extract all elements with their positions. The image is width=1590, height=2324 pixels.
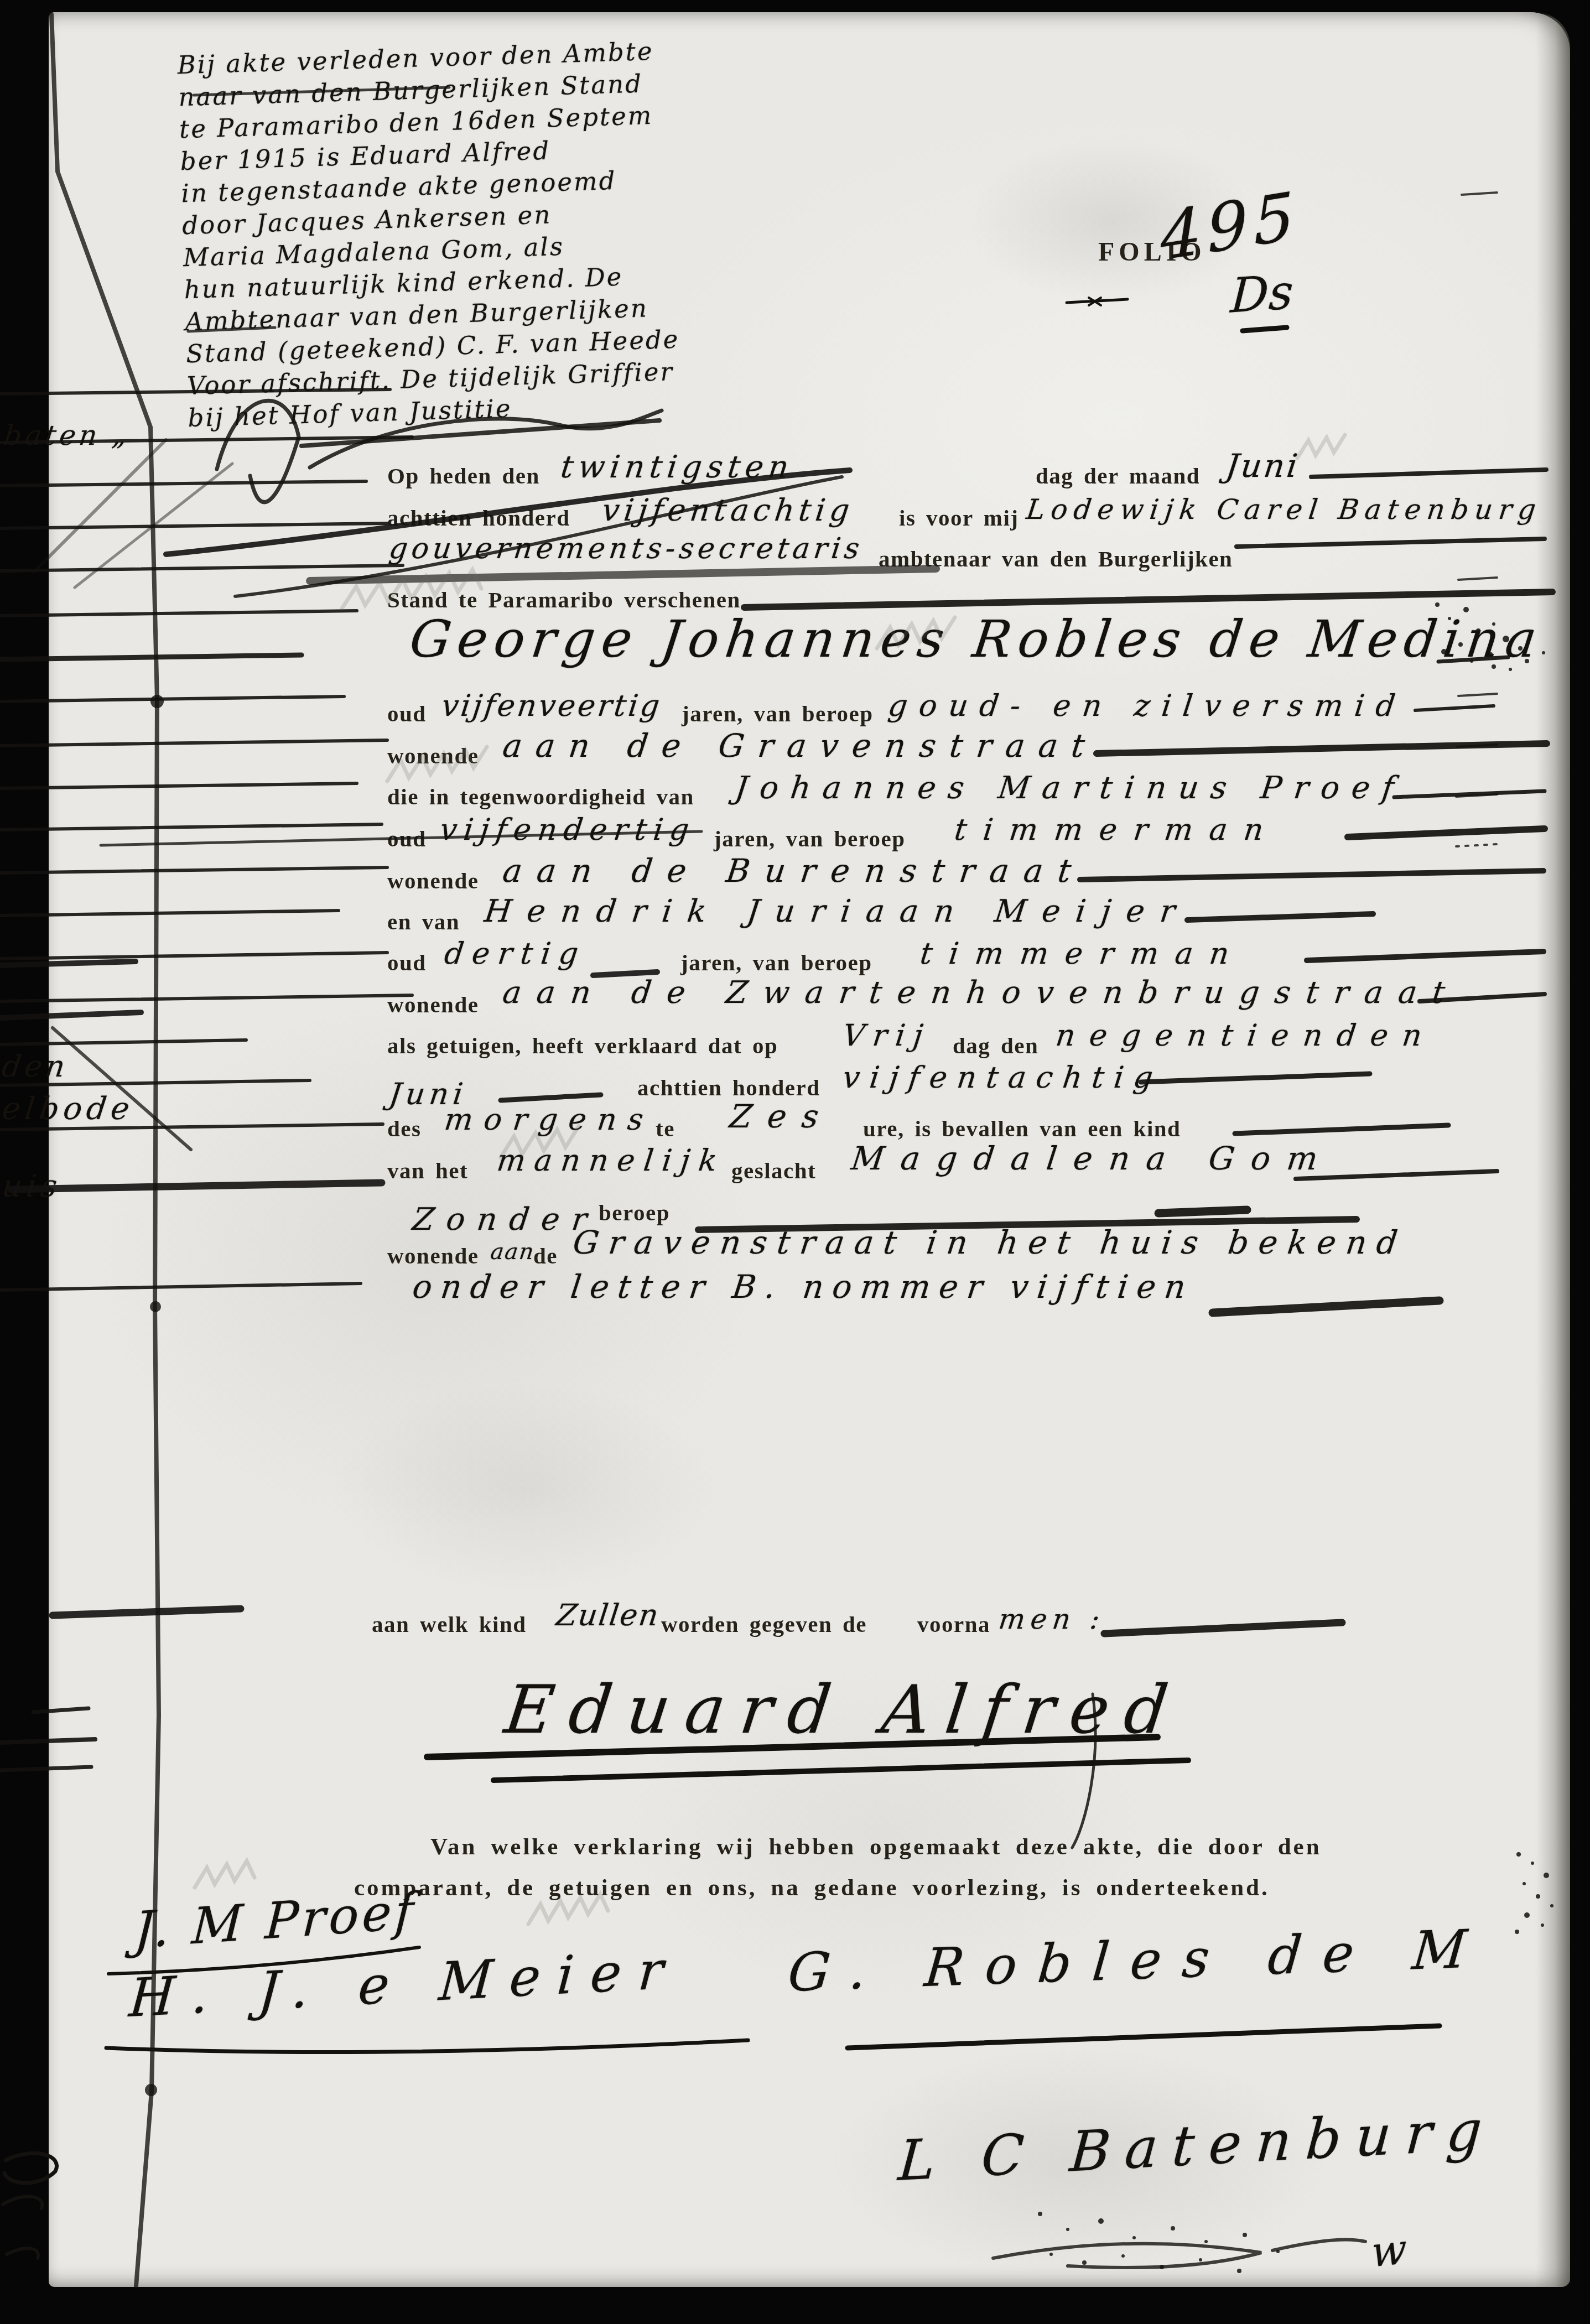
scanned-birth-certificate: Bij akte verleden voor den Ambte naar va… xyxy=(0,0,1590,2324)
act-l20-printed3: voorna xyxy=(917,1611,990,1637)
bottom-left-mark xyxy=(3,2197,42,2208)
act-l15-hand1: morgens xyxy=(443,1102,656,1137)
act-l8-hand1: vijfendertig xyxy=(438,812,698,847)
act-l19-hand1: onder letter B. nommer vijftien xyxy=(411,1268,1197,1306)
act-l3-printed1: ambtenaar van den Burgerlijken xyxy=(879,545,1233,572)
act-l15-printed3: ure, is bevallen van een kind xyxy=(863,1115,1181,1142)
act-l12-printed1: wonende xyxy=(387,991,479,1018)
act-l7-hand1: Johannes Martinus Proef xyxy=(733,770,1408,806)
act-l13-hand1: Vrij xyxy=(841,1018,933,1053)
act-l16-hand2: Magdalena Gom xyxy=(849,1140,1337,1177)
act-l5-printed1: oud xyxy=(387,700,427,727)
act-l11-printed1: oud xyxy=(387,949,427,976)
act-l5-printed2: jaren, van beroep xyxy=(682,700,874,727)
bottom-left-mark xyxy=(7,2248,38,2258)
act-l14-hand2: vijfentachtig xyxy=(841,1060,1165,1095)
act-l14-printed1: achttien honderd xyxy=(637,1074,820,1101)
act-l1-hand2: Juni xyxy=(1224,447,1302,485)
left-page-fragment: den xyxy=(0,1049,70,1084)
act-l8-printed2: jaren, van beroep xyxy=(714,825,906,852)
act-l17-hand1: Zonder xyxy=(411,1202,601,1238)
left-page-fragment: baten „ xyxy=(2,419,132,451)
act-l18-printed2: de xyxy=(533,1242,558,1269)
act-l2-hand1: vijfentachtig xyxy=(600,492,856,528)
act-l20-printed1: aan welk kind xyxy=(372,1611,527,1637)
act-l4-printed1: Stand te Paramaribo verschenen xyxy=(387,586,741,613)
act-l15-printed2: te xyxy=(656,1115,675,1142)
act-l11-hand1: dertig xyxy=(443,936,589,971)
act-l18-printed1: wonende xyxy=(387,1242,479,1269)
act-l8-hand2: timmerman xyxy=(953,812,1282,847)
act-l8-printed1: oud xyxy=(387,825,427,852)
act-l9-hand1: aan de Burenstraat xyxy=(501,852,1088,890)
folio-initials: Ds xyxy=(1229,264,1295,324)
act-l1-printed1: Op heden den xyxy=(387,462,540,489)
act-l10-hand1: Hendrik Juriaan Meijer xyxy=(482,893,1193,929)
act-l13-hand2: negentienden xyxy=(1054,1018,1438,1053)
act-l5-hand2: goud- en zilversmid xyxy=(886,688,1409,723)
act-l20-printed2: worden gegeven de xyxy=(661,1611,867,1637)
act-l18-hand1: aan xyxy=(489,1239,536,1265)
closing-line1: Van welke verklaring wij hebben opgemaak… xyxy=(430,1833,1322,1860)
act-l11-hand2: timmerman xyxy=(918,936,1248,971)
act-l6-hand1: aan de Gravenstraat xyxy=(501,727,1101,765)
act-l2-printed2: is voor mij xyxy=(899,505,1019,531)
act-l1-printed2: dag der maand xyxy=(1036,462,1200,489)
act-l16-printed1: van het xyxy=(387,1157,468,1184)
left-page-fragment: elbode xyxy=(0,1091,136,1127)
act-l12-hand1: aan de Zwartenhovenbrugstraat xyxy=(501,975,1463,1011)
act-l5-hand1: vijfenveertig xyxy=(440,688,664,723)
act-l18-hand2: Gravenstraat in het huis bekend xyxy=(571,1224,1410,1261)
marginal-note: Bij akte verleden voor den Ambte naar va… xyxy=(177,35,682,434)
child-name: Eduard Alfred xyxy=(501,1672,1187,1749)
act-l2-hand2: Lodewijk Carel Batenburg xyxy=(1025,493,1544,526)
act-l15-hand2: Zes xyxy=(728,1098,836,1135)
act-l3-hand1: gouvernements-secretaris xyxy=(387,532,865,565)
act-l11-printed2: jaren, van beroep xyxy=(680,949,872,976)
act-l13-printed1: als getuigen, heeft verklaard dat op xyxy=(387,1032,778,1059)
act-l9-printed1: wonende xyxy=(387,867,479,894)
act-l20-hand1: Zullen xyxy=(554,1598,661,1632)
act-l6-printed1: wonende xyxy=(387,742,479,769)
act-l1-hand1: twintigsten xyxy=(559,449,796,485)
act-l16-hand1: mannelijk xyxy=(495,1143,728,1178)
signature-paraaf: w xyxy=(1371,2224,1407,2277)
act-l15-printed1: des xyxy=(387,1115,421,1142)
act-l13-printed2: dag den xyxy=(953,1032,1038,1059)
closing-line2: comparant, de getuigen en ons, na gedane… xyxy=(354,1874,1270,1901)
act-l7-printed1: die in tegenwoordigheid van xyxy=(387,783,694,810)
act-l10-printed1: en van xyxy=(387,908,460,935)
act-l16-printed2: geslacht xyxy=(731,1157,816,1184)
act-l20-hand2: men : xyxy=(997,1603,1107,1635)
act-declarant-name: George Johannes Robles de Medina xyxy=(407,610,1546,669)
left-page-fragment: uis xyxy=(0,1168,64,1204)
act-l2-printed1: achttien honderd xyxy=(387,505,570,531)
act-l17-printed1: beroep xyxy=(599,1199,670,1226)
